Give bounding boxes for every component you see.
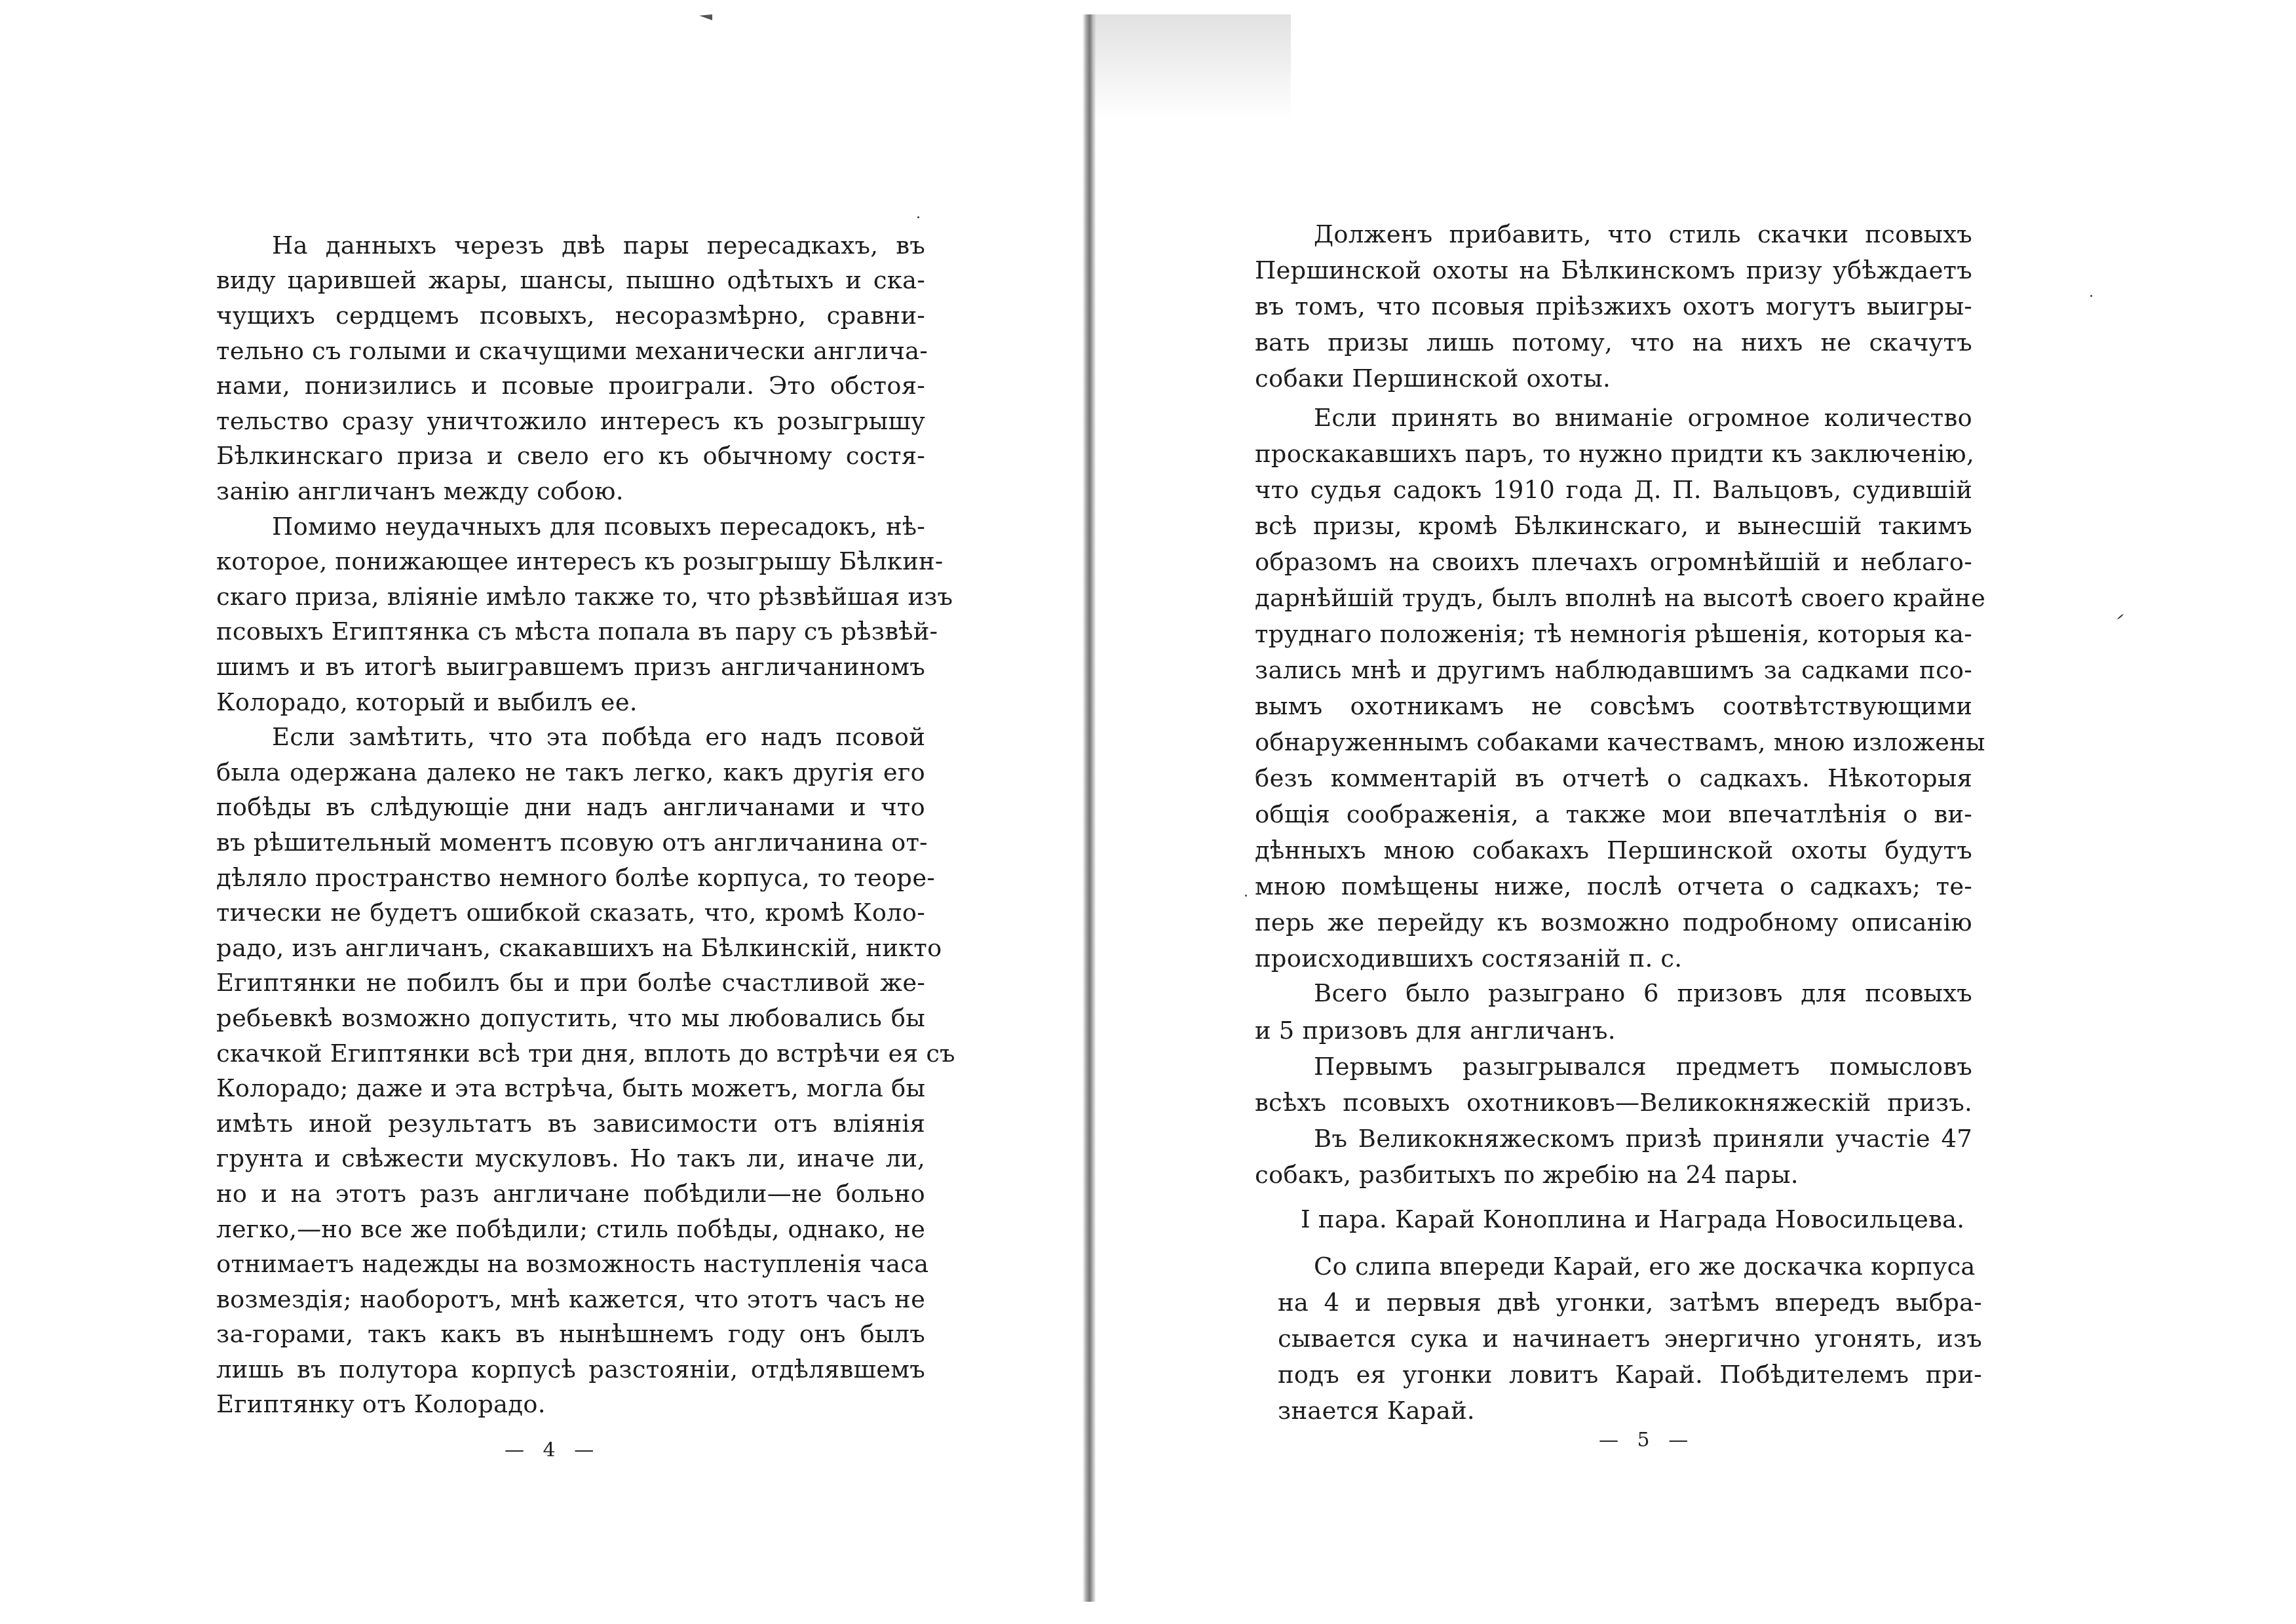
text-line: общія соображенія, а также мои впечатлѣн… (1255, 800, 1972, 830)
text-line: но и на этотъ разъ англичане побѣдили—не… (216, 1179, 925, 1209)
text-line: происходившихъ состязаній п. с. (1255, 944, 1972, 974)
text-line: скачкой Египтянки всѣ три дня, вплоть до… (216, 1039, 925, 1069)
scan-speck (2090, 295, 2092, 297)
text-line: побѣды въ слѣдующіе дни надъ англичанами… (216, 792, 925, 822)
text-line: Помимо неудачныхъ для псовыхъ пересадокъ… (272, 512, 925, 542)
text-line: Со слипа впереди Карай, его же доскачка … (1314, 1252, 1972, 1282)
text-line: на 4 и первыя двѣ угонки, затѣмъ впередъ… (1278, 1288, 1982, 1318)
text-line: Если принять во вниманіе огромное количе… (1314, 403, 1972, 433)
text-line: тически не будетъ ошибкой сказать, что, … (216, 898, 925, 928)
text-line: грунта и свѣжести мускуловъ. Но такъ ли,… (216, 1144, 925, 1174)
text-line: сывается сука и начинаетъ энергично угон… (1278, 1324, 1982, 1354)
scan-speck (1245, 895, 1247, 897)
text-line: проскакавшихъ паръ, то нужно придти къ з… (1255, 439, 1972, 469)
text-line: вать призы лишь потому, что на нихъ не с… (1255, 328, 1972, 358)
text-line: и 5 призовъ для англичанъ. (1255, 1016, 1972, 1046)
text-line: зались мнѣ и другимъ наблюдавшимъ за сад… (1255, 655, 1972, 686)
text-line: всѣхъ псовыхъ охотниковъ—Великокняжескій… (1255, 1088, 1972, 1118)
right-page: Долженъ прибавить, что стиль скачки псов… (1088, 0, 2296, 1624)
text-line: собакъ, разбитыхъ по жребію на 24 пары. (1255, 1160, 1972, 1190)
text-line: Всего было разыграно 6 призовъ для псовы… (1314, 978, 1972, 1009)
text-line: всѣ призы, кромѣ Бѣлкинскаго, и вынесшій… (1255, 511, 1972, 541)
text-line: шимъ и въ итогѣ выигравшемъ призъ англич… (216, 652, 925, 682)
text-line: въ рѣшительный моментъ псовую отъ англич… (216, 828, 925, 858)
text-line: занію англичанъ между собою. (216, 476, 925, 507)
text-line: мною помѣщены ниже, послѣ отчета о садка… (1255, 872, 1972, 902)
text-line: за-горами, такъ какъ въ нынѣшнемъ году о… (216, 1319, 925, 1349)
text-line: ребьевкѣ возможно допустить, что мы любо… (216, 1003, 925, 1034)
text-line: безъ комментарій въ отчетѣ о садкахъ. Нѣ… (1255, 764, 1972, 794)
text-line: Египтянки не побилъ бы и при болѣе счаст… (216, 968, 925, 998)
text-line: перь же перейду къ возможно подробному о… (1255, 908, 1972, 938)
scan-speck (917, 216, 919, 218)
text-line: которое, понижающее интересъ къ розыгрыш… (216, 547, 925, 577)
text-line: образомъ на своихъ плечахъ огромнѣйшій и… (1255, 547, 1972, 577)
text-line: Долженъ прибавить, что стиль скачки псов… (1314, 220, 1972, 250)
text-line: возмездія; наоборотъ, мнѣ кажется, что э… (216, 1285, 925, 1315)
text-line: виду царившей жары, шансы, пышно одѣтыхъ… (216, 265, 925, 296)
page-number: — 5 — (1599, 1429, 1688, 1452)
text-line: чущихъ сердцемъ псовыхъ, несоразмѣрно, с… (216, 301, 925, 331)
text-line: дѣляло пространство немного болѣе корпус… (216, 863, 925, 893)
book-spread: На данныхъ черезъ двѣ пары пересадкахъ, … (0, 0, 2296, 1624)
text-line: собаки Першинской охоты. (1255, 364, 1972, 394)
text-line: Колорадо, который и выбилъ ее. (216, 687, 925, 718)
text-line: псовыхъ Египтянка съ мѣста попала въ пар… (216, 617, 925, 647)
page-number: — 4 — (505, 1439, 594, 1461)
section-heading: I пара. Карай Коноплина и Награда Новоси… (1301, 1205, 1972, 1235)
text-line: лишь въ полутора корпусѣ разстояніи, отд… (216, 1355, 925, 1385)
text-line: Египтянку отъ Колорадо. (216, 1389, 925, 1420)
text-line: отнимаетъ надежды на возможность наступл… (216, 1249, 925, 1279)
text-line: Первымъ разыгрывался предметъ помысловъ (1314, 1052, 1972, 1082)
text-line: скаго приза, вліяніе имѣло также то, что… (216, 582, 925, 612)
text-line: была одержана далеко не такъ легко, какъ… (216, 758, 925, 788)
text-line: тельно съ голыми и скачущими механически… (216, 336, 925, 366)
text-line: дарнѣйшій трудъ, былъ вполнѣ на высотѣ с… (1255, 583, 1972, 613)
text-line: подъ ея угонки ловитъ Карай. Побѣдителем… (1278, 1360, 1982, 1390)
text-line: тельство сразу уничтожило интересъ къ ро… (216, 406, 925, 436)
text-line: обнаруженнымъ собаками качествамъ, мною … (1255, 727, 1972, 758)
text-line: дѣнныхъ мною собакахъ Першинской охоты б… (1255, 836, 1972, 866)
text-line: Бѣлкинскаго приза и свело его къ обычном… (216, 441, 925, 471)
text-line: радо, изъ англичанъ, скакавшихъ на Бѣлки… (216, 933, 925, 963)
left-page: На данныхъ черезъ двѣ пары пересадкахъ, … (0, 0, 1088, 1624)
text-line: что судья садокъ 1910 года Д. П. Вальцов… (1255, 475, 1972, 505)
text-line: знается Карай. (1278, 1396, 1982, 1426)
text-line: Въ Великокняжескомъ призѣ приняли участі… (1314, 1124, 1972, 1154)
text-line: вымъ охотникамъ не совсѣмъ соотвѣтствующ… (1255, 691, 1972, 722)
text-line: труднаго положенія; тѣ немногія рѣшенія,… (1255, 619, 1972, 649)
text-line: На данныхъ черезъ двѣ пары пересадкахъ, … (272, 231, 925, 261)
text-line: нами, понизились и псовые проиграли. Это… (216, 371, 925, 401)
text-line: въ томъ, что псовыя пріѣзжихъ охотъ могу… (1255, 292, 1972, 322)
text-line: легко,—но все же побѣдили; стиль побѣды,… (216, 1214, 925, 1245)
text-line: Если замѣтить, что эта побѣда его надъ п… (272, 722, 925, 752)
text-line: Першинской охоты на Бѣлкинскомъ призу уб… (1255, 256, 1972, 286)
text-line: Колорадо; даже и эта встрѣча, быть может… (216, 1073, 925, 1104)
text-line: имѣть иной результатъ въ зависимости отъ… (216, 1109, 925, 1139)
